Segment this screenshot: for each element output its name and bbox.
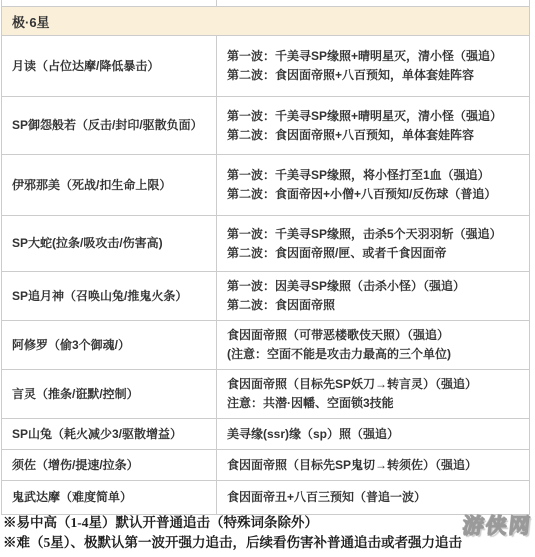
strategy-cell: 食因面帝照（目标先SP妖刀→转言灵）（强追）注意：共潜·因幡、空面锁3技能 [217,370,529,418]
boss-name: SP追月神（召唤山兔/推鬼火条） [12,287,208,306]
boss-cell: 阿修罗（偷3个御魂/） [2,321,217,369]
strategy-line: 第二波：食因面帝照+八百预知，单体套娃阵容 [227,126,521,145]
strategy-cell: 食因面帝照（目标先SP鬼切→转须佐）（强追） [217,450,529,480]
cropped-cell-right [217,0,529,6]
strategy-line: 第一波：千美寻SP缘照+晴明星灭，清小怪（强追） [227,47,521,66]
strategy-cell: 第一波：千美寻SP缘照+晴明星灭，清小怪（强追）第二波：食因面帝照+八百预知，单… [217,97,529,154]
table-row: SP追月神（召唤山兔/推鬼火条）第一波：因美寻SP缘照（击杀小怪）（强追）第二波… [2,272,529,321]
boss-cell: SP大蛇(拉条/吸攻击/伤害高) [2,216,217,271]
boss-cell: 月读（占位达摩/降低暴击） [2,36,217,96]
footnote-line-2: ※难（5星）、极默认第一波开强力追击，后续看伤害补普通追击或者强力追击 [3,533,462,553]
strategy-line: 第二波：食因面帝照/匣、或者千食因面帝 [227,244,521,263]
boss-cell: 须佐（增伤/提速/拉条） [2,450,217,480]
table-row: 阿修罗（偷3个御魂/）食因面帝照（可带恶楼歌伎天照）（强追）(注意：空面不能是攻… [2,321,529,370]
strategy-line: 注意：共潜·因幡、空面锁3技能 [227,394,521,413]
table-row: 须佐（增伤/提速/拉条）食因面帝照（目标先SP鬼切→转须佐）（强追） [2,450,529,481]
boss-cell: SP御怨般若（反击/封印/驱散负面） [2,97,217,154]
guide-table-page: 极·6星 月读（占位达摩/降低暴击）第一波：千美寻SP缘照+晴明星灭，清小怪（强… [0,0,535,557]
strategy-line: (注意：空面不能是攻击力最高的三个单位) [227,345,521,364]
strategy-cell: 第一波：因美寻SP缘照（击杀小怪）（强追）第二波：食因面帝照 [217,272,529,320]
strategy-line: 食因面帝照（可带恶楼歌伎天照）（强追） [227,326,521,345]
cropped-cell-left [2,0,217,6]
footnote-line-1: ※易中高（1-4星）默认开普通追击（特殊词条除外） [3,513,462,533]
strategy-cell: 食因面帝照（可带恶楼歌伎天照）（强追）(注意：空面不能是攻击力最高的三个单位) [217,321,529,369]
boss-cell: 鬼武达摩（难度简单） [2,481,217,514]
boss-name: 月读（占位达摩/降低暴击） [12,57,208,76]
boss-name: 鬼武达摩（难度简单） [12,488,208,507]
strategy-line: 食因面帝丑+八百三预知（普追一波） [227,488,521,507]
boss-cell: SP追月神（召唤山兔/推鬼火条） [2,272,217,320]
strategy-cell: 第一波：千美寻SP缘照，击杀5个天羽羽斩（强追）第二波：食因面帝照/匣、或者千食… [217,216,529,271]
boss-name: 须佐（增伤/提速/拉条） [12,456,208,475]
strategy-line: 食因面帝照（目标先SP妖刀→转言灵）（强追） [227,375,521,394]
boss-name: 伊邪那美（死战/扣生命上限） [12,176,208,195]
table-row: 伊邪那美（死战/扣生命上限）第一波：千美寻SP缘照，将小怪打至1血（强追）第二波… [2,155,529,216]
strategy-line: 第二波：食因面帝照+八百预知，单体套娃阵容 [227,66,521,85]
section-header-row: 极·6星 [2,7,529,36]
strategy-line: 第一波：千美寻SP缘照+晴明星灭，清小怪（强追） [227,107,521,126]
table-row: 月读（占位达摩/降低暴击）第一波：千美寻SP缘照+晴明星灭，清小怪（强追）第二波… [2,36,529,97]
strategy-line: 美寻缘(ssr)缘（sp）照（强追） [227,425,521,444]
strategy-table: 极·6星 月读（占位达摩/降低暴击）第一波：千美寻SP缘照+晴明星灭，清小怪（强… [1,0,530,515]
boss-cell: 伊邪那美（死战/扣生命上限） [2,155,217,215]
cropped-previous-row [2,0,529,7]
boss-cell: 言灵（推条/诳默/控制） [2,370,217,418]
boss-cell: SP山兔（耗火减少3/驱散增益） [2,419,217,449]
strategy-line: 第二波：食面帝因+小僧+八百预知/反伤球（普追） [227,185,521,204]
boss-name: SP山兔（耗火减少3/驱散增益） [12,425,208,444]
site-watermark: 游侠网 [461,510,533,540]
footnotes: ※易中高（1-4星）默认开普通追击（特殊词条除外） ※难（5星）、极默认第一波开… [3,513,462,553]
boss-name: 言灵（推条/诳默/控制） [12,385,208,404]
table-row: SP御怨般若（反击/封印/驱散负面）第一波：千美寻SP缘照+晴明星灭，清小怪（强… [2,97,529,155]
table-row: 言灵（推条/诳默/控制）食因面帝照（目标先SP妖刀→转言灵）（强追）注意：共潜·… [2,370,529,419]
boss-name: SP御怨般若（反击/封印/驱散负面） [12,116,208,135]
table-row: 鬼武达摩（难度简单）食因面帝丑+八百三预知（普追一波） [2,481,529,514]
table-body: 月读（占位达摩/降低暴击）第一波：千美寻SP缘照+晴明星灭，清小怪（强追）第二波… [2,36,529,514]
strategy-cell: 第一波：千美寻SP缘照+晴明星灭，清小怪（强追）第二波：食因面帝照+八百预知，单… [217,36,529,96]
section-header-label: 极·6星 [12,12,50,31]
strategy-line: 第一波：因美寻SP缘照（击杀小怪）（强追） [227,277,521,296]
strategy-line: 第二波：食因面帝照 [227,296,521,315]
boss-name: SP大蛇(拉条/吸攻击/伤害高) [12,234,208,253]
strategy-line: 食因面帝照（目标先SP鬼切→转须佐）（强追） [227,456,521,475]
table-row: SP大蛇(拉条/吸攻击/伤害高)第一波：千美寻SP缘照，击杀5个天羽羽斩（强追）… [2,216,529,272]
strategy-cell: 第一波：千美寻SP缘照，将小怪打至1血（强追）第二波：食面帝因+小僧+八百预知/… [217,155,529,215]
table-row: SP山兔（耗火减少3/驱散增益）美寻缘(ssr)缘（sp）照（强追） [2,419,529,450]
strategy-line: 第一波：千美寻SP缘照，将小怪打至1血（强追） [227,166,521,185]
strategy-cell: 美寻缘(ssr)缘（sp）照（强追） [217,419,529,449]
boss-name: 阿修罗（偷3个御魂/） [12,336,208,355]
strategy-line: 第一波：千美寻SP缘照，击杀5个天羽羽斩（强追） [227,225,521,244]
